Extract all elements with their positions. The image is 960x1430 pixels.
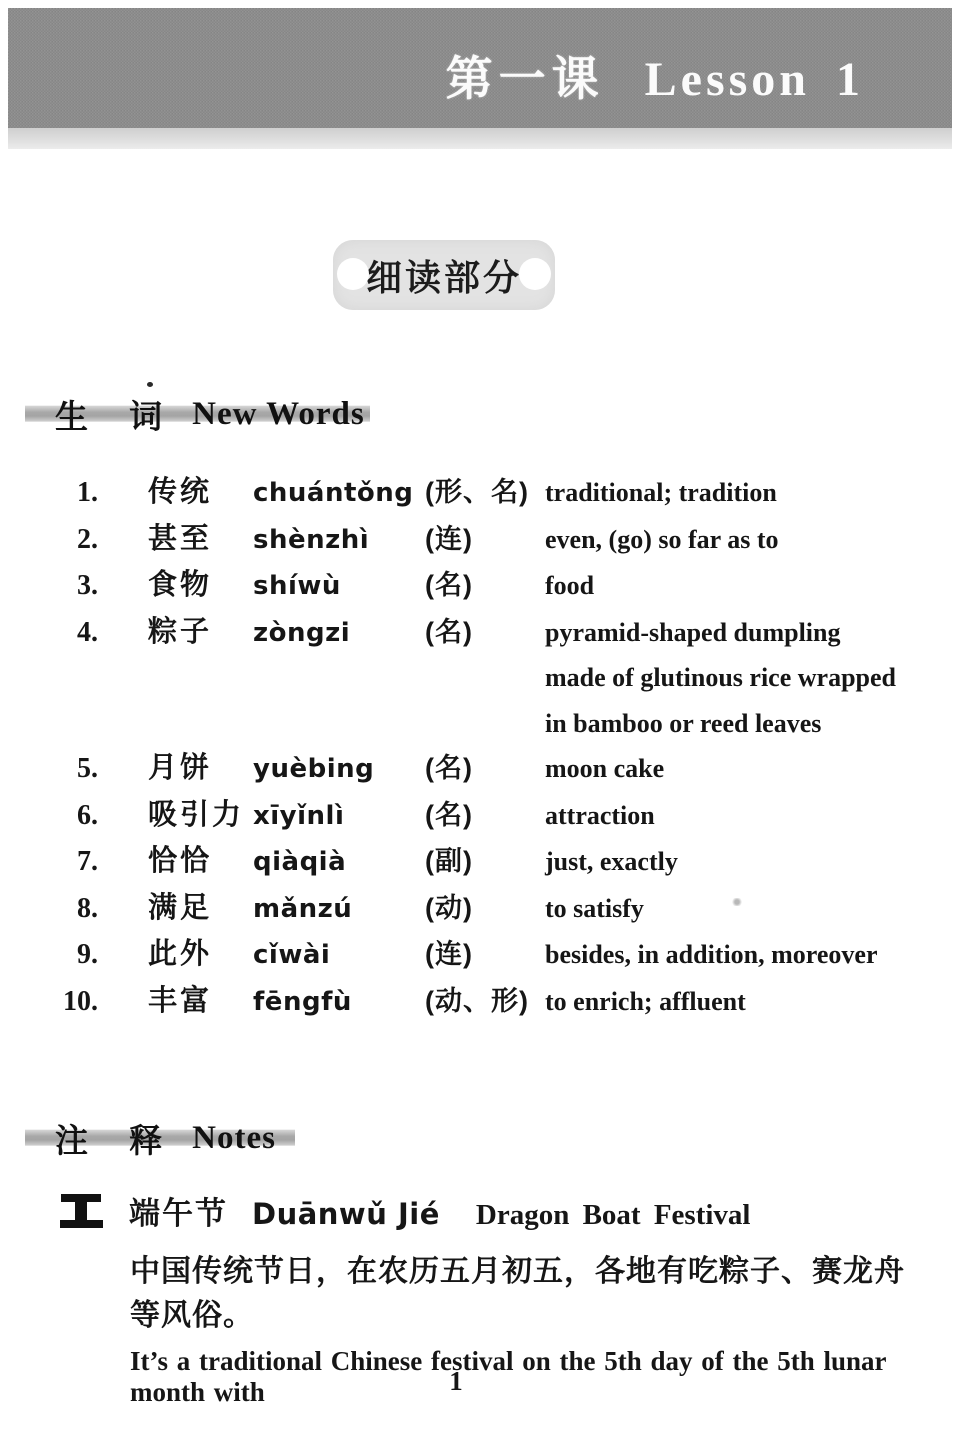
new-words-heading-chinese: 生 词 [55, 391, 178, 438]
notes-heading: 注 释 Notes [25, 1116, 295, 1160]
vocab-row: 1. 传统 chuántǒng (形、名) traditional; tradi… [40, 470, 930, 517]
note-item: 端午节 Duānwǔ Jié Dragon Boat Festival 中国传统… [60, 1188, 930, 1408]
slab-numeral-one-icon [60, 1194, 103, 1228]
lesson-title-chinese: 第一课 [446, 42, 605, 109]
vocab-number: 5. [40, 746, 98, 792]
vocab-part-of-speech: (副) [425, 839, 545, 885]
vocab-hanzi: 丰富 [98, 979, 253, 1025]
vocab-pinyin: shènzhì [253, 518, 425, 564]
scan-artifact-dot [147, 382, 153, 387]
vocab-meaning: traditional; tradition [545, 470, 930, 516]
vocab-part-of-speech: (动) [425, 886, 545, 932]
vocab-part-of-speech: (连) [425, 932, 545, 978]
vocab-hanzi: 食物 [98, 563, 253, 609]
notes-heading-english: Notes [192, 1120, 276, 1157]
vocab-number: 2. [40, 517, 98, 563]
vocab-row: 3. 食物 shíwù (名) food [40, 563, 930, 610]
new-words-heading-english: New Words [192, 396, 365, 433]
vocab-part-of-speech: (名) [425, 610, 545, 656]
vocab-meaning: moon cake [545, 746, 930, 792]
new-words-heading: 生 词 New Words [25, 392, 370, 436]
vocab-row: 10. 丰富 fēngfù (动、形) to enrich; affluent [40, 979, 930, 1026]
note-body-chinese: 中国传统节日，在农历五月初五，各地有吃粽子、赛龙舟等风俗。 [130, 1246, 930, 1334]
note-term-chinese: 端午节 [129, 1188, 228, 1233]
vocab-pinyin: qiàqià [253, 840, 425, 886]
vocab-pinyin: cǐwài [253, 933, 425, 979]
vocab-row: 7. 恰恰 qiàqià (副) just, exactly [40, 839, 930, 886]
vocab-meaning: to enrich; affluent [545, 979, 930, 1025]
vocab-meaning: besides, in addition, moreover [545, 932, 930, 978]
vocab-number: 1. [40, 470, 98, 516]
page-number: 1 [436, 1366, 476, 1397]
vocab-hanzi: 此外 [98, 932, 253, 978]
vocab-hanzi: 甚至 [98, 517, 253, 563]
vocab-part-of-speech: (连) [425, 517, 545, 563]
vocab-part-of-speech: (名) [425, 746, 545, 792]
vocab-number: 7. [40, 839, 98, 885]
vocab-number: 9. [40, 932, 98, 978]
vocab-pinyin: shíwù [253, 564, 425, 610]
vocab-row: 8. 满足 mǎnzú (动) to satisfy [40, 886, 930, 933]
vocab-number: 10. [40, 979, 98, 1025]
vocab-hanzi: 粽子 [98, 610, 253, 656]
vocab-meaning: just, exactly [545, 839, 930, 885]
badge-label: 细读部分 [366, 250, 522, 301]
vocab-hanzi: 恰恰 [98, 839, 253, 885]
lesson-title: 第一课 Lesson 1 [446, 28, 864, 109]
vocab-part-of-speech: (名) [425, 563, 545, 609]
banner-bottom-strip [8, 128, 952, 149]
vocab-hanzi: 月饼 [98, 746, 253, 792]
vocab-hanzi: 传统 [98, 470, 253, 516]
vocabulary-list: 1. 传统 chuántǒng (形、名) traditional; tradi… [40, 470, 930, 1025]
vocab-hanzi: 吸引力 [98, 793, 253, 839]
vocab-number: 4. [40, 610, 98, 656]
vocab-part-of-speech: (名) [425, 793, 545, 839]
vocab-meaning: to satisfy [545, 886, 930, 932]
vocab-pinyin: chuántǒng [253, 471, 425, 517]
note-term-english: Dragon Boat Festival [476, 1199, 751, 1232]
vocab-pinyin: mǎnzú [253, 887, 425, 933]
vocab-number: 3. [40, 563, 98, 609]
lesson-title-english: Lesson 1 [645, 52, 864, 107]
vocab-meaning: food [545, 563, 930, 609]
badge-hole-right [519, 258, 551, 290]
vocab-meaning: attraction [545, 793, 930, 839]
vocab-number: 8. [40, 886, 98, 932]
vocab-pinyin: xīyǐnlì [253, 794, 425, 840]
vocab-pinyin: yuèbing [253, 747, 425, 793]
vocab-row: 5. 月饼 yuèbing (名) moon cake [40, 746, 930, 793]
vocab-meaning: pyramid-shaped dumpling made of glutinou… [545, 610, 930, 747]
vocab-pinyin: fēngfù [253, 980, 425, 1026]
vocab-row: 2. 甚至 shènzhì (连) even, (go) so far as t… [40, 517, 930, 564]
vocab-pinyin: zòngzi [253, 611, 425, 657]
vocab-meaning: even, (go) so far as to [545, 517, 930, 563]
vocab-part-of-speech: (形、名) [425, 470, 545, 516]
intensive-reading-badge: 细读部分 [333, 240, 555, 310]
note-term-pinyin: Duānwǔ Jié [252, 1197, 440, 1231]
notes-heading-chinese: 注 释 [55, 1115, 178, 1162]
vocab-row: 4. 粽子 zòngzi (名) pyramid-shaped dumpling… [40, 610, 930, 747]
note-body-english: It’s a traditional Chinese festival on t… [130, 1346, 930, 1408]
vocab-row: 6. 吸引力 xīyǐnlì (名) attraction [40, 793, 930, 840]
badge-hole-left [337, 258, 369, 290]
vocab-number: 6. [40, 793, 98, 839]
vocab-hanzi: 满足 [98, 886, 253, 932]
vocab-row: 9. 此外 cǐwài (连) besides, in addition, mo… [40, 932, 930, 979]
textbook-page: 第一课 Lesson 1 细读部分 生 词 New Words 1. 传统 ch… [0, 0, 960, 1430]
lesson-header-banner: 第一课 Lesson 1 [8, 8, 952, 128]
note-head: 端午节 Duānwǔ Jié Dragon Boat Festival [60, 1188, 930, 1233]
vocab-part-of-speech: (动、形) [425, 979, 545, 1025]
